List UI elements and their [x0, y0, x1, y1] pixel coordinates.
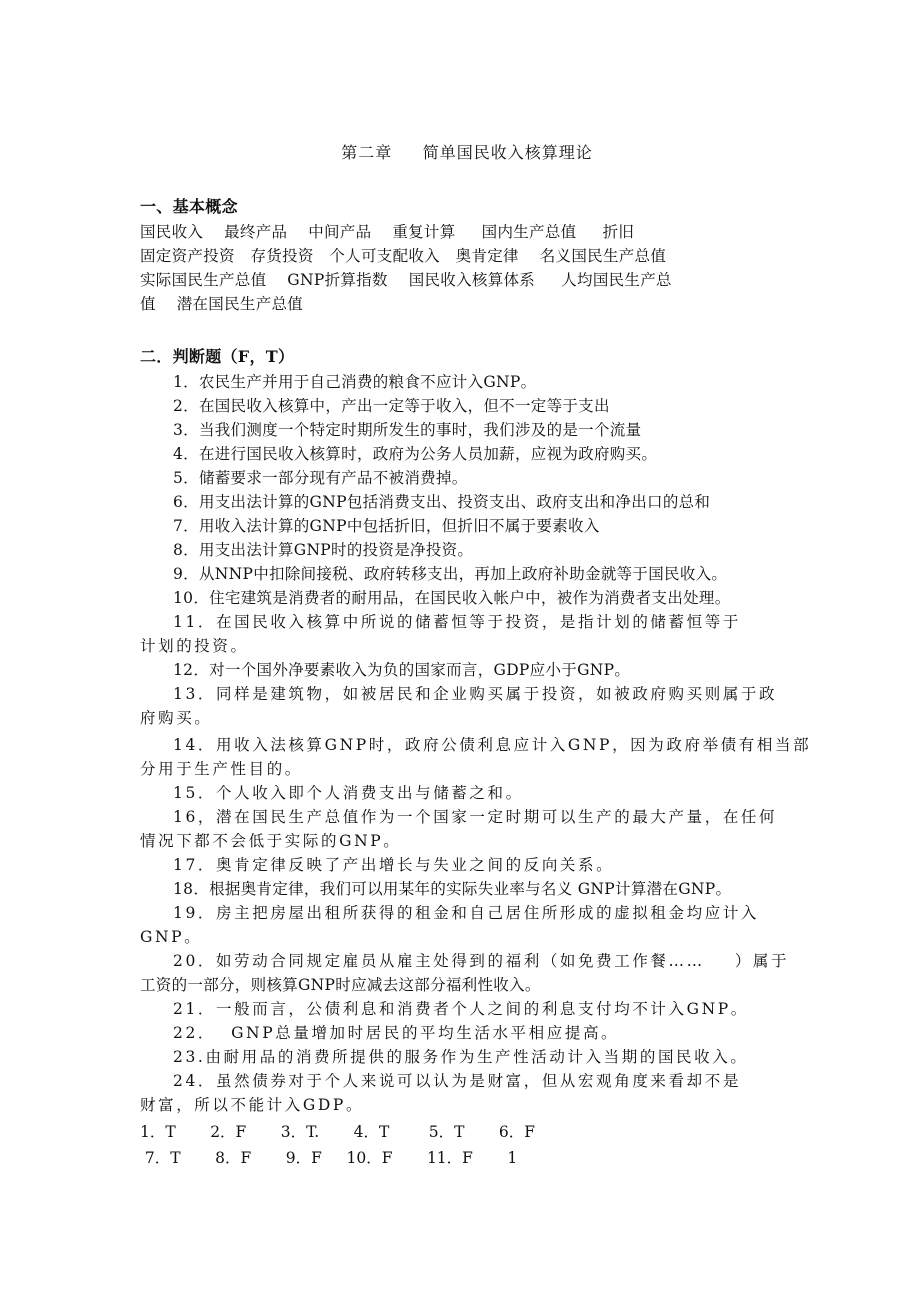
judgment-item-16: 16，潜在国民生产总值作为一个国家一定时期可以生产的最大产量，在任何	[173, 805, 777, 829]
judgment-item-5: 5．储蓄要求一部分现有产品不被消费掉。	[173, 466, 468, 490]
judgment-item-23: 23.由耐用品的消费所提供的服务作为生产性活动计入当期的国民收入。	[173, 1045, 748, 1069]
judgment-item-10: 10．住宅建筑是消费者的耐用品，在国民收入帐户中，被作为消费者支出处理。	[173, 586, 731, 610]
answer-key-line-2: 7．T 8．F 9．F 10．F 11．F 1	[140, 1146, 517, 1170]
judgment-item-8: 8．用支出法计算GNP时的投资是净投资。	[173, 538, 473, 562]
concepts-line: 国民收入 最终产品 中间产品 重复计算 国内生产总值 折旧	[140, 220, 634, 244]
judgment-item-19: 19．房主把房屋出租所获得的租金和自己居住所形成的虚拟租金均应计入	[173, 901, 759, 925]
section2-heading: 二．判断题（F，T）	[140, 345, 294, 369]
judgment-item-2: 2．在国民收入核算中，产出一定等于收入，但不一定等于支出	[173, 394, 610, 418]
judgment-item-14-cont: 分用于生产性目的。	[140, 757, 303, 781]
judgment-item-20: 20．如劳动合同规定雇员从雇主处得到的福利（如免费工作餐…… ）属于	[173, 949, 789, 973]
judgment-item-21: 21．一般而言，公债利息和消费者个人之间的利息支付均不计入GNP。	[173, 997, 749, 1021]
judgment-item-24-cont: 财富，所以不能计入GDP。	[140, 1093, 364, 1117]
judgment-item-13: 13．同样是建筑物，如被居民和企业购买属于投资，如被政府购买则属于政	[173, 682, 777, 706]
judgment-item-17: 17．奥肯定律反映了产出增长与失业之间的反向关系。	[173, 853, 614, 877]
judgment-item-14: 14．用收入法核算GNP时，政府公债利息应计入GNP，因为政府举债有相当部	[173, 733, 811, 757]
judgment-item-18: 18．根据奥肯定律，我们可以用某年的实际失业率与名义 GNP计算潜在GNP。	[173, 877, 731, 901]
concepts-line: 固定资产投资 存货投资 个人可支配收入 奥肯定律 名义国民生产总值	[140, 244, 666, 268]
judgment-item-11: 11．在国民收入核算中所说的储蓄恒等于投资，是指计划的储蓄恒等于	[173, 610, 741, 634]
concepts-line: 实际国民生产总值 GNP折算指数 国民收入核算体系 人均国民生产总	[140, 268, 672, 292]
judgment-item-4: 4．在进行国民收入核算时，政府为公务人员加薪，应视为政府购买。	[173, 442, 657, 466]
document-page: 第二章 简单国民收入核算理论 一、基本概念 国民收入 最终产品 中间产品 重复计…	[0, 0, 920, 1302]
judgment-item-11-cont: 计划的投资。	[140, 634, 249, 658]
judgment-item-19-cont: GNP。	[140, 925, 202, 949]
answer-key-line-1: 1．T 2．F 3．T. 4．T 5．T 6．F	[140, 1120, 535, 1144]
judgment-item-12: 12．对一个国外净要素收入为负的国家而言，GDP应小于GNP。	[173, 658, 630, 682]
judgment-item-15: 15．个人收入即个人消费支出与储蓄之和。	[173, 781, 524, 805]
judgment-item-22: 22． GNP总量增加时居民的平均生活水平相应提高。	[173, 1021, 619, 1045]
judgment-item-6: 6．用支出法计算的GNP包括消费支出、投资支出、政府支出和净出口的总和	[173, 490, 710, 514]
judgment-item-7: 7．用收入法计算的GNP中包括折旧，但折旧不属于要素收入	[173, 514, 600, 538]
judgment-item-3: 3．当我们测度一个特定时期所发生的事时，我们涉及的是一个流量	[173, 418, 641, 442]
judgment-item-1: 1．农民生产并用于自己消费的粮食不应计入GNP。	[173, 370, 536, 394]
concepts-line: 值 潜在国民生产总值	[140, 292, 303, 316]
chapter-title: 第二章 简单国民收入核算理论	[0, 140, 920, 163]
judgment-item-24: 24．虽然债券对于个人来说可以认为是财富，但从宏观角度来看却不是	[173, 1069, 741, 1093]
judgment-item-13-cont: 府购买。	[140, 706, 212, 730]
judgment-item-9: 9．从NNP中扣除间接税、政府转移支出，再加上政府补助金就等于国民收入。	[173, 562, 727, 586]
section1-heading: 一、基本概念	[140, 195, 238, 219]
judgment-item-20-cont: 工资的一部分，则核算GNP时应减去这部分福利性收入。	[140, 973, 541, 997]
judgment-item-16-cont: 情况下都不会低于实际的GNP。	[140, 829, 401, 853]
